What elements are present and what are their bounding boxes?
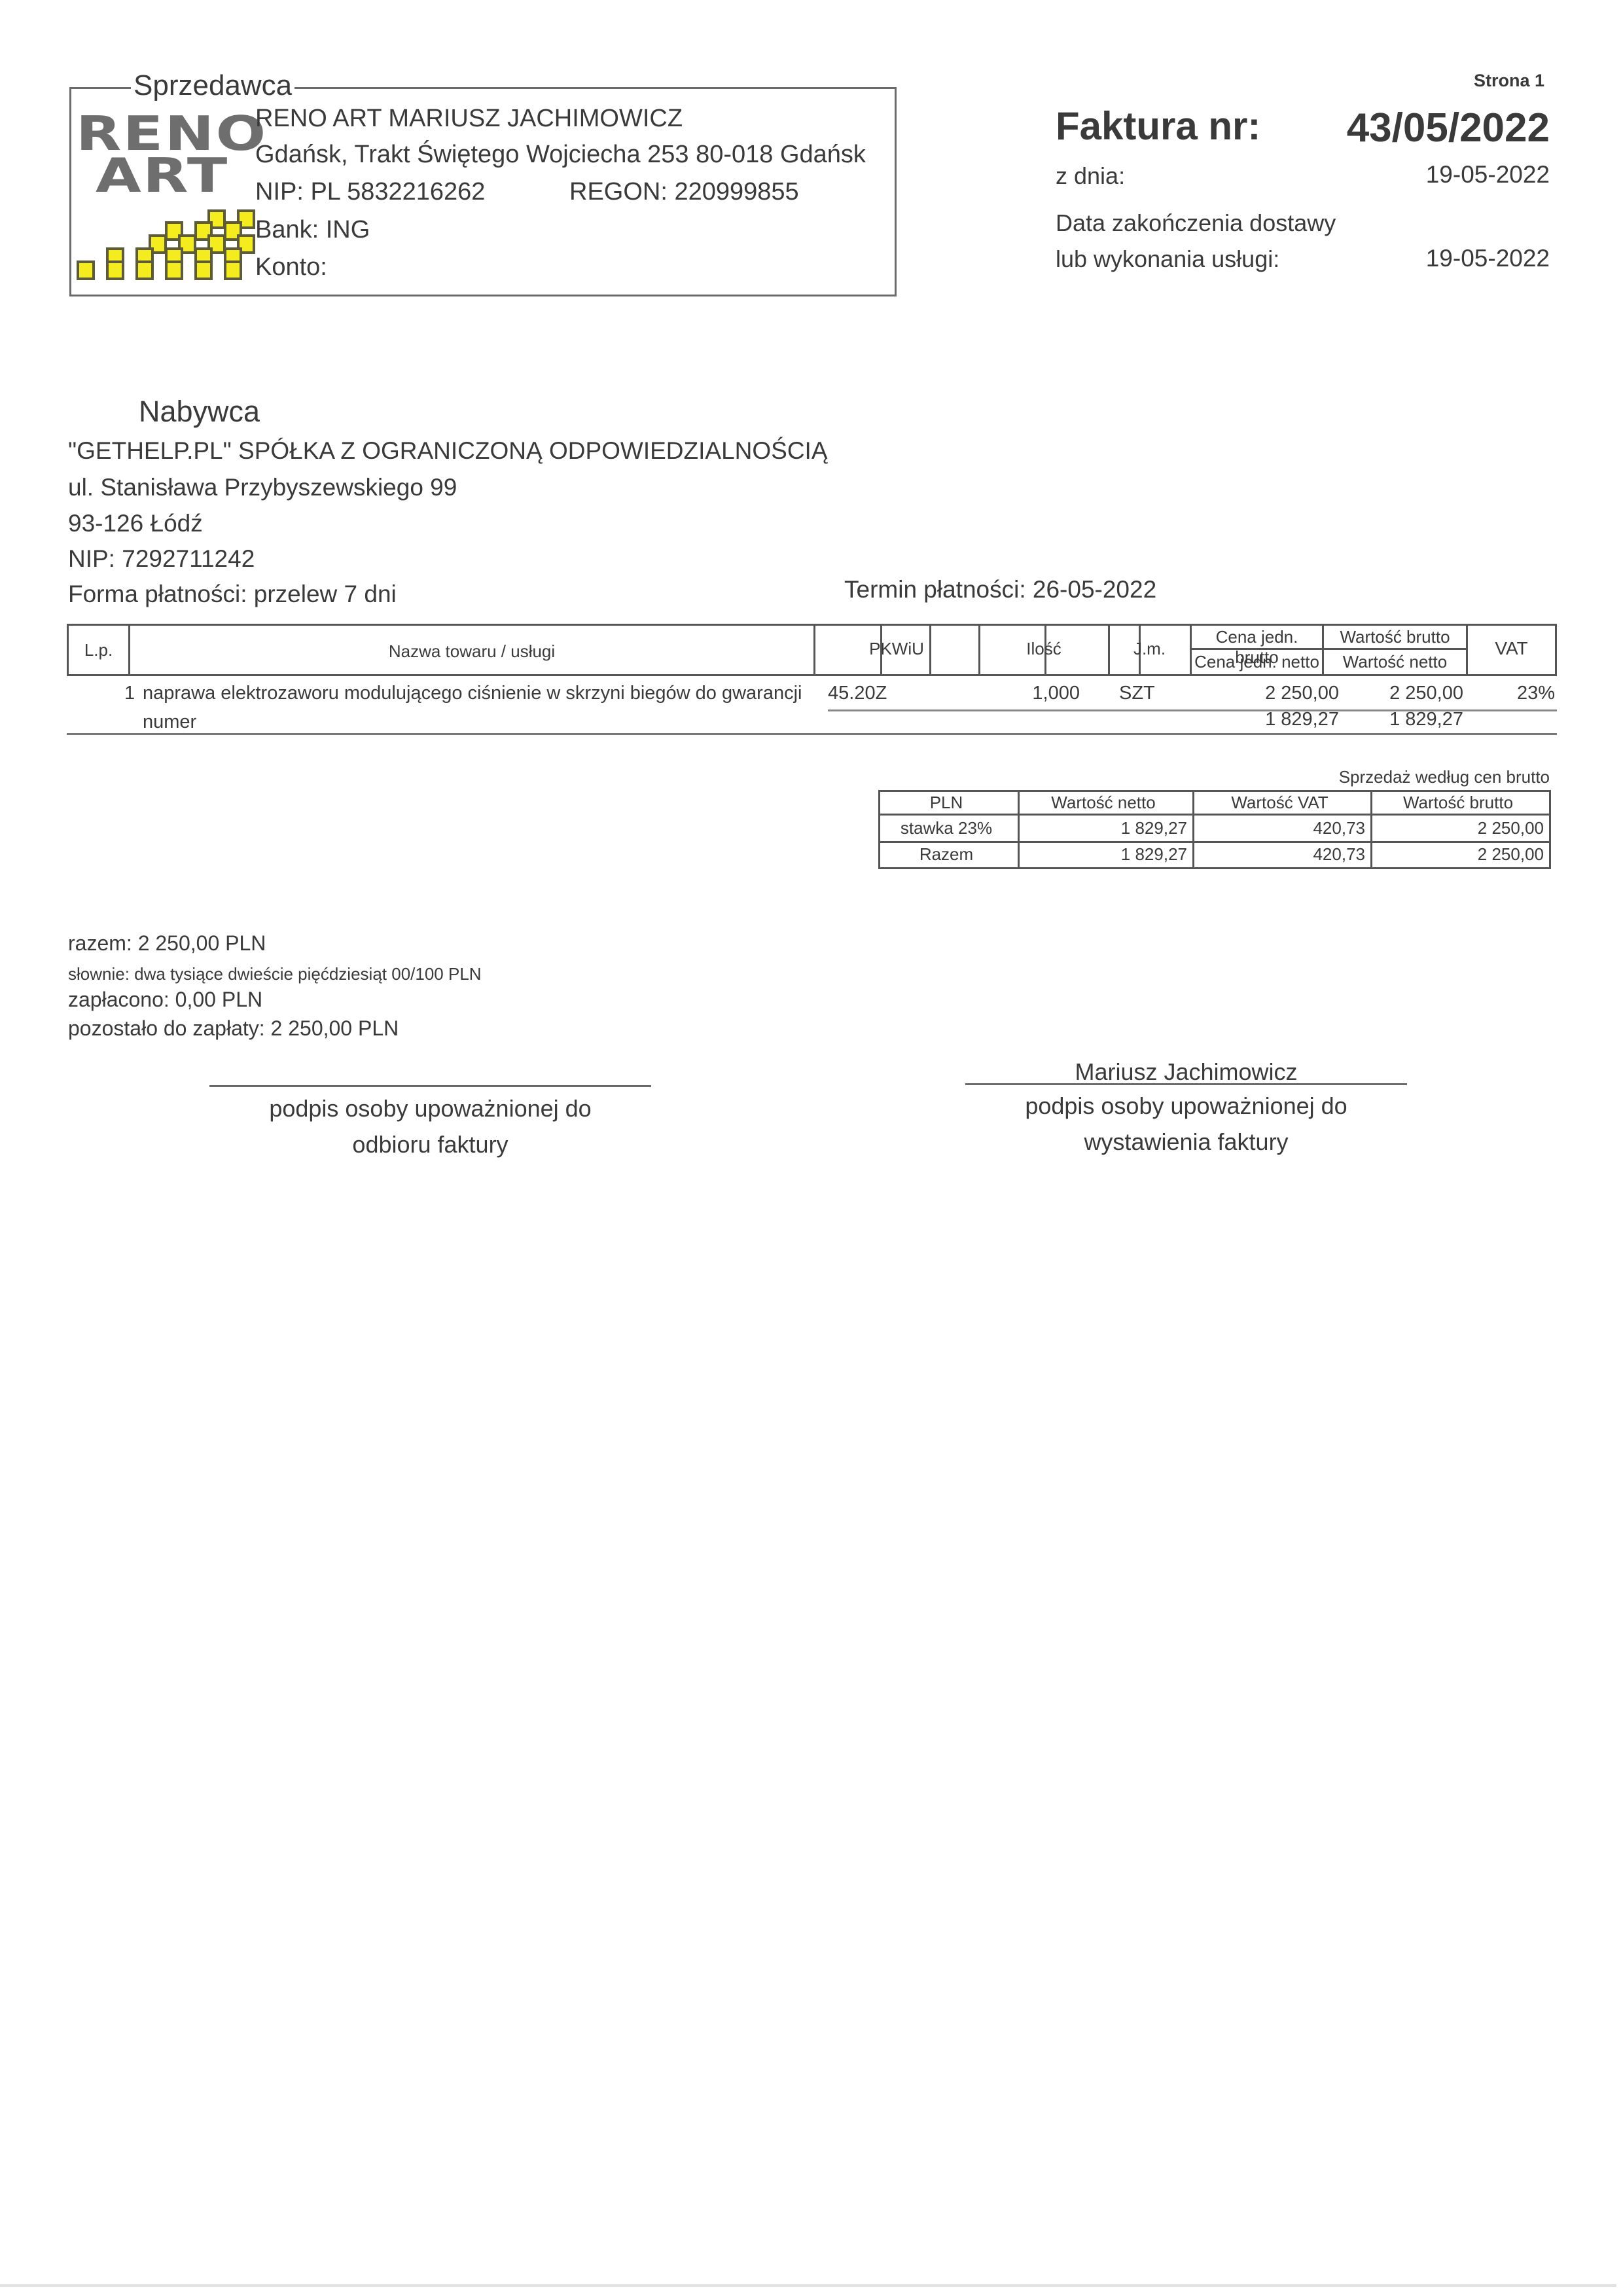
summary-header: Wartość brutto — [1372, 793, 1544, 813]
seller-nip: NIP: PL 5832216262 — [255, 178, 485, 206]
cell-name-line1: naprawa elektrozaworu modulującego ciśni… — [143, 683, 802, 704]
buyer-name: "GETHELP.PL" SPÓŁKA Z OGRANICZONĄ ODPOWI… — [68, 437, 828, 465]
seller-legend: Sprzedawca — [131, 69, 294, 102]
issue-date-label: z dnia: — [1056, 162, 1125, 190]
col-header-value-gross: Wartość brutto — [1324, 627, 1466, 647]
cell-qty: 1,000 — [1008, 683, 1080, 704]
delivery-date-label-1: Data zakończenia dostawy — [1056, 209, 1336, 237]
delivery-date-label-2: lub wykonania usługi: — [1056, 245, 1279, 273]
seller-name: RENO ART MARIUSZ JACHIMOWICZ — [255, 105, 683, 133]
buyer-heading: Nabywca — [139, 395, 260, 429]
summary-row-label: stawka 23% — [880, 818, 1012, 838]
amount-remaining: pozostało do zapłaty: 2 250,00 PLN — [68, 1016, 399, 1041]
amount-paid: zapłacono: 0,00 PLN — [68, 988, 262, 1012]
invoice-number: 43/05/2022 — [1347, 105, 1550, 151]
issuer-signature-line — [965, 1083, 1407, 1085]
summary-cell: 420,73 — [1194, 844, 1365, 865]
cell-vat: 23% — [1472, 683, 1555, 704]
seller-account: Konto: — [255, 253, 327, 281]
cell-name-line2: numer — [143, 711, 196, 733]
invoice-title: Faktura nr: — [1056, 103, 1260, 149]
company-logo: RENO ART — [73, 111, 257, 288]
amount-in-words: słownie: dwa tysiące dwieście pięćdziesi… — [68, 964, 482, 984]
col-header-name: Nazwa towaru / usługi — [130, 641, 813, 662]
cell-unit-net: 1 829,27 — [1191, 709, 1339, 730]
issue-date: 19-05-2022 — [1426, 161, 1550, 188]
seller-bank: Bank: ING — [255, 216, 370, 244]
summary-cell: 1 829,27 — [1020, 818, 1187, 838]
col-header-value-net: Wartość netto — [1324, 652, 1466, 672]
receiver-signature-label-2: odbioru faktury — [209, 1131, 651, 1158]
seller-address: Gdańsk, Trakt Świętego Wojciecha 253 80-… — [255, 141, 866, 169]
summary-cell: 1 829,27 — [1020, 844, 1187, 865]
cell-lp: 1 — [124, 683, 135, 704]
col-header-qty: Ilość — [980, 639, 1108, 659]
summary-cell: 2 250,00 — [1372, 818, 1544, 838]
col-header-lp: L.p. — [69, 640, 128, 660]
buyer-nip: NIP: 7292711242 — [68, 545, 255, 573]
seller-regon: REGON: 220999855 — [569, 178, 799, 206]
receiver-signature-line — [209, 1085, 651, 1087]
summary-cell: 2 250,00 — [1372, 844, 1544, 865]
col-header-pkwiu: PKWiU — [815, 639, 978, 659]
summary-header: PLN — [880, 793, 1012, 813]
receiver-signature-label-1: podpis osoby upoważnionej do — [209, 1095, 651, 1122]
summary-cell: 420,73 — [1194, 818, 1365, 838]
page-label: Strona 1 — [1474, 71, 1544, 91]
cell-value-gross: 2 250,00 — [1329, 683, 1463, 704]
issuer-name: Mariusz Jachimowicz — [965, 1058, 1407, 1086]
cell-unit-gross: 2 250,00 — [1191, 683, 1339, 704]
cell-pkwiu: 45.20Z — [828, 683, 887, 704]
buyer-street: ul. Stanisława Przybyszewskiego 99 — [68, 474, 457, 501]
total-amount: razem: 2 250,00 PLN — [68, 931, 266, 956]
issuer-signature-label-1: podpis osoby upoważnionej do — [965, 1092, 1407, 1120]
col-header-vat: VAT — [1468, 638, 1555, 659]
page-bottom-rule — [0, 2284, 1616, 2287]
col-header-unit: J.m. — [1109, 639, 1190, 659]
cell-unit: SZT — [1119, 683, 1155, 704]
summary-header: Wartość VAT — [1194, 793, 1365, 813]
summary-header: Wartość netto — [1020, 793, 1187, 813]
cell-value-net: 1 829,27 — [1329, 709, 1463, 730]
summary-caption: Sprzedaż według cen brutto — [1339, 767, 1550, 787]
buyer-city: 93-126 Łódź — [68, 510, 203, 537]
issuer-signature-label-2: wystawienia faktury — [965, 1128, 1407, 1156]
payment-due: Termin płatności: 26-05-2022 — [844, 576, 1156, 603]
delivery-date: 19-05-2022 — [1426, 245, 1550, 272]
col-header-unit-net: Cena jedn. netto — [1192, 652, 1322, 672]
payment-method: Forma płatności: przelew 7 dni — [68, 581, 397, 608]
logo-text-art: ART — [96, 152, 229, 199]
summary-row-label: Razem — [880, 844, 1012, 865]
